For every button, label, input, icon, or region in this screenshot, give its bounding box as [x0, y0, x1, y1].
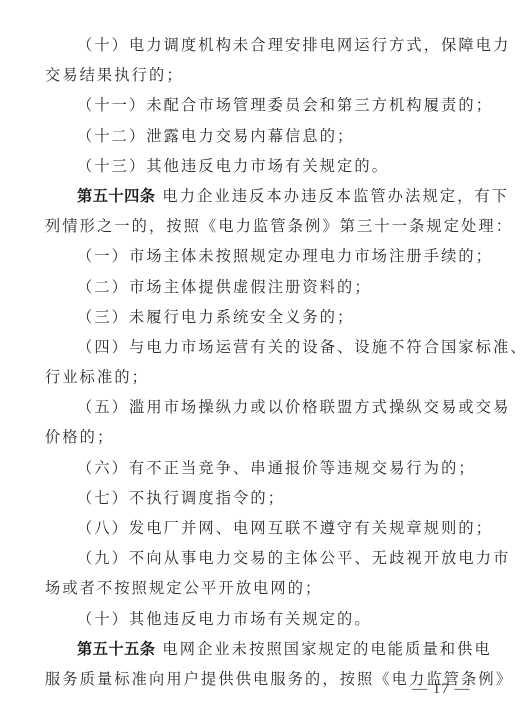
article-55-text: 电网企业未按照国家规定的电能质量和供电 [155, 640, 491, 658]
list-item-5-line-1: （五）滥用市场操纵力或以价格联盟方式操纵交易或交易 [45, 392, 479, 422]
list-item-10-line-2: 交易结果执行的； [45, 60, 479, 90]
list-item-7: （七）不执行调度指令的； [45, 483, 479, 513]
list-item-4-line-2: 行业标准的； [45, 362, 479, 392]
article-54-text: 电力企业违反本办违反本监管办法规定，有下 [155, 187, 509, 205]
list-item-9-line-2: 场或者不按照规定公平开放电网的； [45, 573, 479, 603]
list-item-5-line-2: 价格的； [45, 422, 479, 452]
list-item-12: （十二）泄露电力交易内幕信息的； [45, 121, 479, 151]
document-page: （十）电力调度机构未合理安排电网运行方式，保障电力 交易结果执行的； （十一）未… [45, 30, 479, 694]
article-54-line-1: 第五十四条 电力企业违反本办违反本监管办法规定，有下 [45, 181, 479, 211]
article-54-heading: 第五十四条 [77, 187, 155, 205]
list-item-11: （十一）未配合市场管理委员会和第三方机构履责的； [45, 90, 479, 120]
list-item-2: （二）市场主体提供虚假注册资料的； [45, 272, 479, 302]
list-item-3: （三）未履行电力系统安全义务的； [45, 302, 479, 332]
list-item-10b: （十）其他违反电力市场有关规定的。 [45, 604, 479, 634]
article-54-line-2: 列情形之一的，按照《电力监管条例》第三十一条规定处理： [45, 211, 479, 241]
list-item-1: （一）市场主体未按照规定办理电力市场注册手续的； [45, 241, 479, 271]
list-item-4-line-1: （四）与电力市场运营有关的设备、设施不符合国家标准、 [45, 332, 479, 362]
list-item-9-line-1: （九）不向从事电力交易的主体公平、无歧视开放电力市 [45, 543, 479, 573]
list-item-8: （八）发电厂并网、电网互联不遵守有关规章规则的； [45, 513, 479, 543]
list-item-10-line-1: （十）电力调度机构未合理安排电网运行方式，保障电力 [45, 30, 479, 60]
article-55-line-1: 第五十五条 电网企业未按照国家规定的电能质量和供电 [45, 634, 479, 664]
article-55-heading: 第五十五条 [77, 640, 155, 658]
list-item-13: （十三）其他违反电力市场有关规定的。 [45, 151, 479, 181]
list-item-6: （六）有不正当竞争、串通报价等违规交易行为的； [45, 453, 479, 483]
page-number: — 17 — [412, 681, 471, 698]
